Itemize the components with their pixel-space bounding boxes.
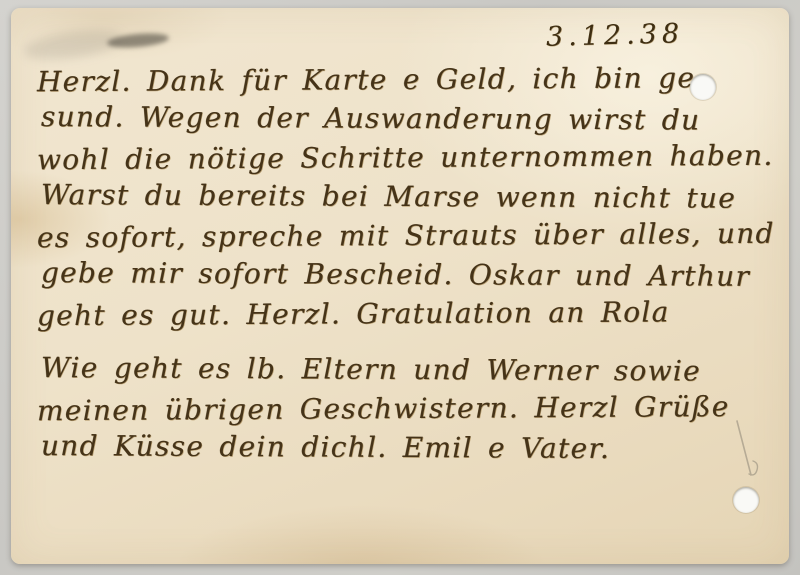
- punch-hole-top: [690, 74, 716, 100]
- message-line: gebe mir sofort Bescheid. Oskar und Arth…: [37, 253, 782, 296]
- postcard: 3.12.38 Herzl. Dank für Karte e Geld, ic…: [11, 8, 789, 564]
- message-line: geht es gut. Herzl. Gratulation an Rola: [37, 292, 782, 336]
- message-line: Herzl. Dank für Karte e Geld, ich bin ge…: [37, 58, 782, 102]
- pencil-scribble: [731, 413, 761, 483]
- message-line: und Küsse dein dichl. Emil e Vater.: [37, 426, 782, 469]
- message-body: Herzl. Dank für Karte e Geld, ich bin ge…: [37, 60, 782, 467]
- scan-background: 3.12.38 Herzl. Dank für Karte e Geld, ic…: [0, 0, 800, 575]
- punch-hole-bottom: [733, 487, 759, 513]
- message-line: wohl die nötige Schritte unternommen hab…: [37, 136, 782, 180]
- message-line: es sofort, spreche mit Strauts über alle…: [37, 214, 782, 258]
- message-line: Wie geht es lb. Eltern und Werner sowie: [37, 348, 782, 391]
- message-line: meinen übrigen Geschwistern. Herzl Grüße: [37, 387, 782, 431]
- message-line: sund. Wegen der Auswanderung wirst du: [37, 97, 782, 140]
- postcard-date: 3.12.38: [546, 18, 685, 53]
- message-line: Warst du bereits bei Marse wenn nicht tu…: [37, 175, 782, 218]
